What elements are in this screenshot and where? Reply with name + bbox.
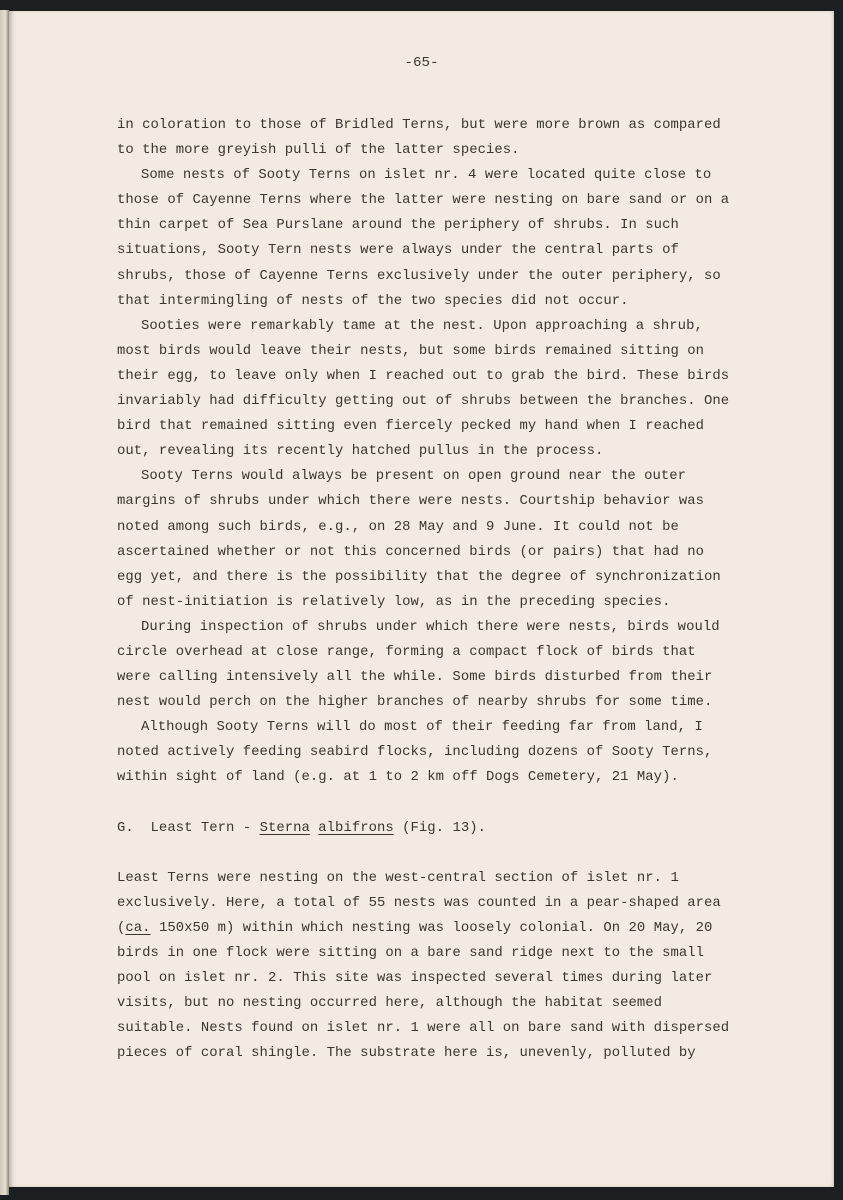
text-line: within sight of land (e.g. at 1 to 2 km … [117, 765, 757, 790]
text-line: situations, Sooty Tern nests were always… [117, 238, 757, 263]
text-line: in coloration to those of Bridled Terns,… [117, 113, 757, 138]
text-line: visits, but no nesting occurred here, al… [117, 991, 757, 1016]
text-line: that intermingling of nests of the two s… [117, 289, 757, 314]
text-line: were calling intensively all the while. … [117, 665, 757, 690]
text-line: bird that remained sitting even fiercely… [117, 414, 757, 439]
scanned-page-view: -65- in coloration to those of Bridled T… [0, 0, 843, 1200]
paragraph-inspection: During inspection of shrubs under which … [117, 615, 757, 715]
page-number: -65- [9, 55, 834, 71]
text-line: nest would perch on the higher branches … [117, 690, 757, 715]
text-line: most birds would leave their nests, but … [117, 339, 757, 364]
text-line: out, revealing its recently hatched pull… [117, 439, 757, 464]
text-line: invariably had difficulty getting out of… [117, 389, 757, 414]
paragraph-courtship: Sooty Terns would always be present on o… [117, 464, 757, 615]
text-line: pool on islet nr. 2. This site was inspe… [117, 966, 757, 991]
text-fragment: 150x50 m) within which nesting was loose… [151, 920, 713, 936]
text-line: their egg, to leave only when I reached … [117, 364, 757, 389]
species-name: albifrons [318, 820, 393, 836]
heading-prefix: G. Least Tern - [117, 820, 260, 836]
text-line: Sooty Terns would always be present on o… [117, 464, 757, 489]
text-line: noted actively feeding seabird flocks, i… [117, 740, 757, 765]
document-page: -65- in coloration to those of Bridled T… [9, 11, 834, 1187]
text-line: exclusively. Here, a total of 55 nests w… [117, 891, 757, 916]
circa-abbreviation: ca. [125, 920, 150, 936]
text-line: of nest-initiation is relatively low, as… [117, 590, 757, 615]
text-line: margins of shrubs under which there were… [117, 489, 757, 514]
paragraph-feeding: Although Sooty Terns will do most of the… [117, 715, 757, 790]
text-line: (ca. 150x50 m) within which nesting was … [117, 916, 757, 941]
paragraph-least-tern-nesting: Least Terns were nesting on the west-cen… [117, 866, 757, 1067]
text-line: Least Terns were nesting on the west-cen… [117, 866, 757, 891]
paragraph-sooty-cayenne-nests: Some nests of Sooty Terns on islet nr. 4… [117, 163, 757, 314]
text-line: Some nests of Sooty Terns on islet nr. 4… [117, 163, 757, 188]
spacer [117, 841, 757, 866]
text-line: ascertained whether or not this concerne… [117, 540, 757, 565]
text-line: thin carpet of Sea Purslane around the p… [117, 213, 757, 238]
binding-edge [0, 10, 9, 1195]
genus-name: Sterna [260, 820, 310, 836]
heading-suffix: (Fig. 13). [394, 820, 486, 836]
section-heading-least-tern: G. Least Tern - Sterna albifrons (Fig. 1… [117, 816, 757, 841]
text-line: pieces of coral shingle. The substrate h… [117, 1041, 757, 1066]
text-line: During inspection of shrubs under which … [117, 615, 757, 640]
text-line: circle overhead at close range, forming … [117, 640, 757, 665]
text-line: Sooties were remarkably tame at the nest… [117, 314, 757, 339]
body-text: in coloration to those of Bridled Terns,… [117, 113, 757, 1067]
paragraph-continuation: in coloration to those of Bridled Terns,… [117, 113, 757, 163]
text-line: egg yet, and there is the possibility th… [117, 565, 757, 590]
text-line: to the more greyish pulli of the latter … [117, 138, 757, 163]
text-line: those of Cayenne Terns where the latter … [117, 188, 757, 213]
text-line: birds in one flock were sitting on a bar… [117, 941, 757, 966]
spacer [117, 791, 757, 816]
text-line: noted among such birds, e.g., on 28 May … [117, 515, 757, 540]
paragraph-tameness: Sooties were remarkably tame at the nest… [117, 314, 757, 465]
text-line: shrubs, those of Cayenne Terns exclusive… [117, 264, 757, 289]
text-line: Although Sooty Terns will do most of the… [117, 715, 757, 740]
text-line: suitable. Nests found on islet nr. 1 wer… [117, 1016, 757, 1041]
